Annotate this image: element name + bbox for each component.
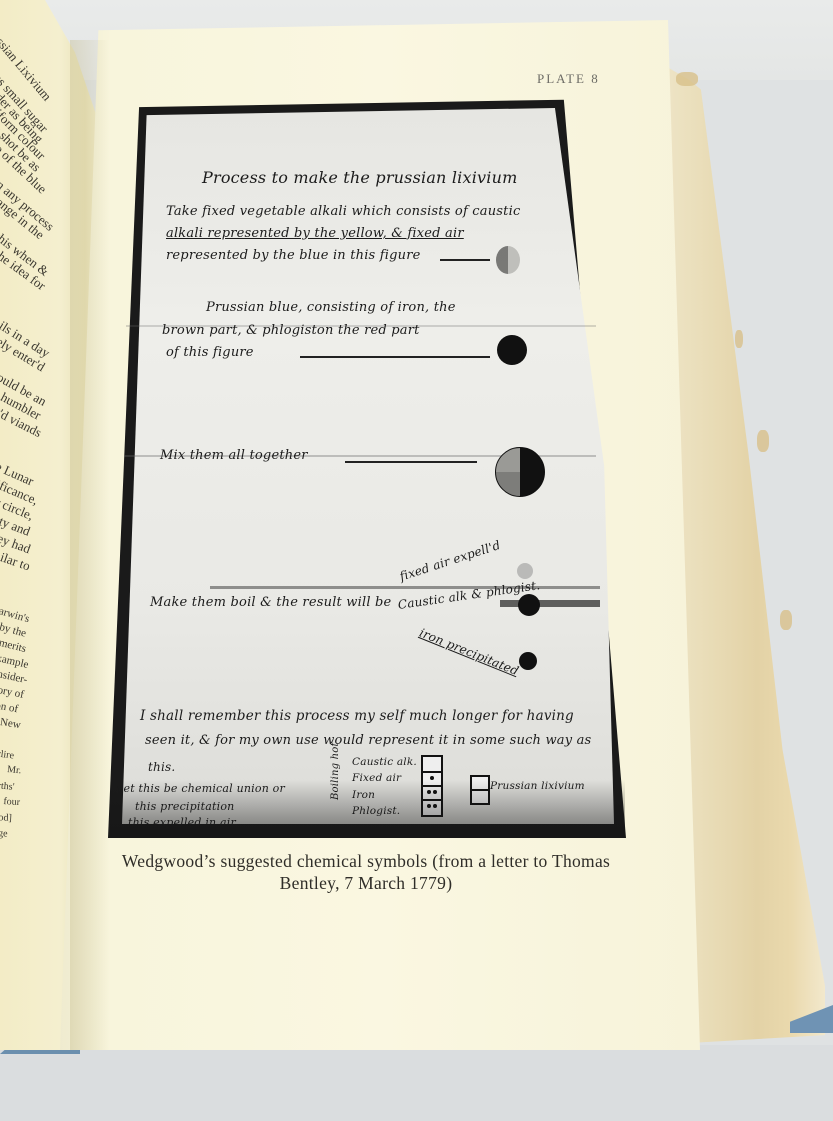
foxing-stain — [757, 430, 769, 452]
symbol-air-dot — [517, 563, 533, 579]
caption-line-1: Wedgwood’s suggested chemical symbols (f… — [96, 850, 636, 872]
manuscript-title: Process to make the prussian lixivium — [202, 168, 517, 187]
connector-line — [440, 259, 490, 261]
running-head: PLATE 8 — [537, 71, 600, 87]
manuscript-line: represented by the blue in this figure — [166, 248, 421, 263]
manuscript-line: Prussian blue, consisting of iron, the — [206, 300, 456, 315]
connector-line — [300, 356, 490, 358]
connector-line — [345, 461, 477, 463]
gutter-shadow — [70, 40, 110, 1050]
symbol-result-disc — [518, 594, 540, 616]
manuscript-line: alkali represented by the yellow, & fixe… — [166, 226, 464, 241]
symbol-alkali-disc — [496, 246, 520, 274]
foxing-stain — [676, 72, 698, 86]
manuscript-line: Make them boil & the result will be — [150, 595, 391, 610]
manuscript-line: this. — [148, 760, 175, 774]
symbol-precipitate-dot — [519, 652, 537, 670]
manuscript-line: of this figure — [166, 345, 254, 360]
manuscript-line: Mix them all together — [160, 448, 308, 463]
legend-item: Caustic alk. — [352, 756, 417, 768]
plate-caption: Wedgwood’s suggested chemical symbols (f… — [96, 850, 636, 894]
table-surface — [0, 1045, 833, 1121]
left-line: age — [0, 825, 8, 843]
manuscript-line: brown part, & phlogiston the red part — [162, 323, 420, 338]
manuscript-line: seen it, & for my own use would represen… — [145, 733, 591, 748]
manuscript-line: I shall remember this process my self mu… — [140, 708, 574, 724]
left-line: a New — [0, 712, 22, 734]
manuscript-line: Take fixed vegetable alkali which consis… — [166, 204, 520, 219]
symbol-mixture-disc — [495, 447, 545, 497]
foxing-stain — [780, 610, 792, 630]
symbol-prussian-blue-disc — [497, 335, 527, 365]
caption-line-2: Bentley, 7 March 1779) — [96, 872, 636, 894]
paper-fold — [500, 600, 600, 607]
foxing-stain — [735, 330, 743, 348]
paper-fold — [210, 586, 600, 589]
photo-shadow — [110, 780, 625, 838]
